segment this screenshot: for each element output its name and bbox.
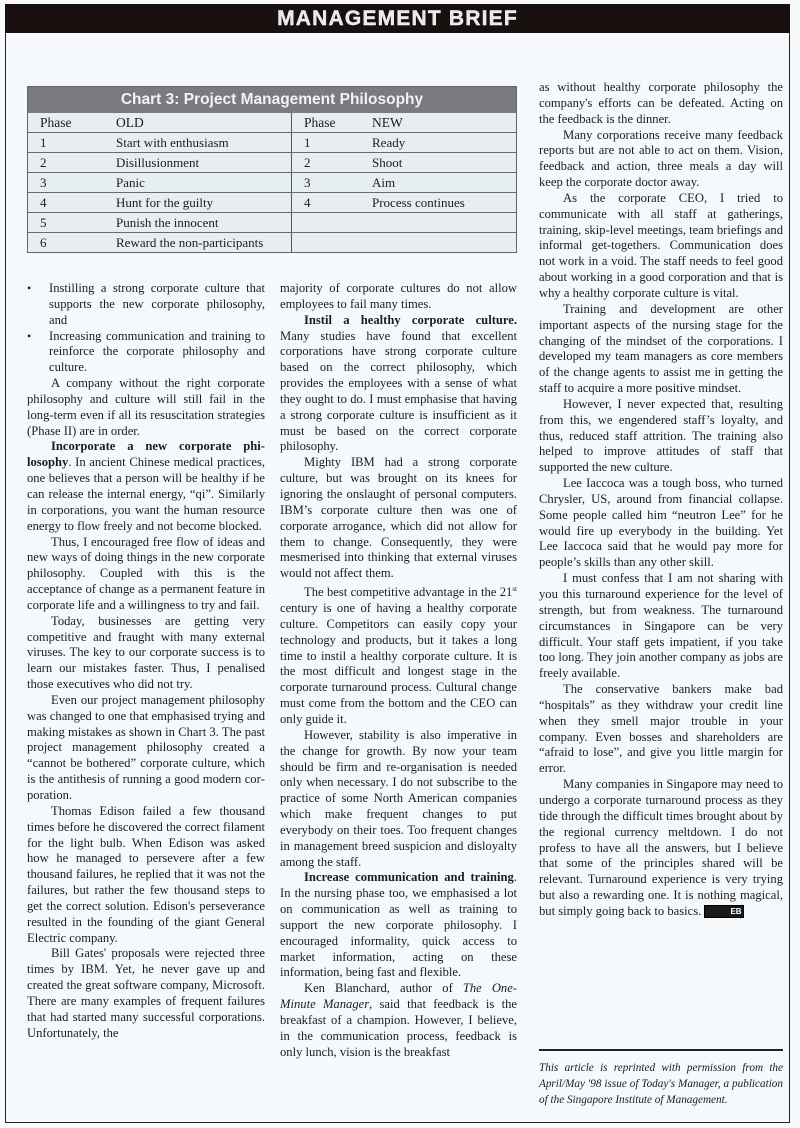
cell-old: Disillusionment: [104, 153, 292, 173]
article-column-1: • Instilling a strong corporate culture …: [27, 281, 265, 1042]
paragraph: A company without the right corpo­rate p…: [27, 376, 265, 439]
bullet-text: Instilling a strong corporate culture th…: [49, 281, 265, 329]
paragraph: Mighty IBM had a strong corporate cultur…: [280, 455, 517, 582]
cell-new: [360, 233, 516, 253]
divider: [539, 1049, 783, 1051]
paragraph: Incorporate a new corporate phi­losophy.…: [27, 439, 265, 534]
cell-phase-old: 6: [28, 233, 104, 253]
cell-old: Start with enthusiasm: [104, 133, 292, 153]
section-banner: MANAGEMENT BRIEF: [5, 4, 790, 33]
cell-new: Shoot: [360, 153, 516, 173]
paragraph: The conservative bankers make bad “hospi…: [539, 682, 783, 777]
cell-phase-new: [292, 213, 361, 233]
bullet-item: • Instilling a strong corporate culture …: [27, 281, 265, 329]
cell-phase-new: 3: [292, 173, 361, 193]
cell-phase-old: 5: [28, 213, 104, 233]
table-row: 6 Reward the non-participants: [28, 233, 516, 253]
paragraph: Lee Iaccoca was a tough boss, who turned…: [539, 476, 783, 571]
philosophy-table: Phase OLD Phase NEW 1 Start with enthusi…: [28, 113, 516, 252]
cell-phase-new: 1: [292, 133, 361, 153]
table-row: 5 Punish the innocent: [28, 213, 516, 233]
reprint-credit: This article is reprinted with permissio…: [539, 1060, 783, 1108]
bullet-icon: •: [27, 329, 49, 377]
article-column-3: as without healthy corporate philosophy …: [539, 80, 783, 920]
paragraph: However, I never expected that, re­sulti…: [539, 397, 783, 476]
table-header-row: Phase OLD Phase NEW: [28, 113, 516, 133]
bullet-icon: •: [27, 281, 49, 329]
cell-new: Process continues: [360, 193, 516, 213]
header-phase-new: Phase: [292, 113, 361, 133]
section-title: MANAGEMENT BRIEF: [277, 7, 518, 31]
cell-old: Reward the non-participants: [104, 233, 292, 253]
cell-phase-old: 3: [28, 173, 104, 193]
paragraph: However, stability is also imperative in…: [280, 728, 517, 871]
chart-table: Chart 3: Project Management Philosophy P…: [27, 86, 517, 253]
cell-phase-old: 2: [28, 153, 104, 173]
cell-phase-old: 1: [28, 133, 104, 153]
cell-old: Punish the innocent: [104, 213, 292, 233]
cell-new: [360, 213, 516, 233]
header-new: NEW: [360, 113, 516, 133]
paragraph: Many companies in Singapore may need to …: [539, 777, 783, 920]
cell-phase-old: 4: [28, 193, 104, 213]
paragraph: majority of corporate cultures do not al…: [280, 281, 517, 313]
paragraph: Ken Blanchard, author of The One-Minute …: [280, 981, 517, 1060]
table-row: 2 Disillusionment 2 Shoot: [28, 153, 516, 173]
paragraph: As the corporate CEO, I tried to communi…: [539, 191, 783, 302]
paragraph: Thomas Edison failed a few thousand time…: [27, 804, 265, 947]
header-phase-old: Phase: [28, 113, 104, 133]
chart-title: Chart 3: Project Management Philosophy: [28, 87, 516, 113]
paragraph: Thus, I encouraged free flow of ideas an…: [27, 535, 265, 614]
article-column-2: majority of corporate cultures do not al…: [280, 281, 517, 1061]
bullet-text: Increasing communication and train­ing t…: [49, 329, 265, 377]
paragraph: Today, businesses are getting very compe…: [27, 614, 265, 693]
cell-old: Hunt for the guilty: [104, 193, 292, 213]
cell-old: Panic: [104, 173, 292, 193]
table-row: 3 Panic 3 Aim: [28, 173, 516, 193]
subheading: Instil a healthy corporate culture.: [304, 313, 517, 327]
paragraph: The best competitive advantage in the 21…: [280, 582, 517, 728]
table-row: 1 Start with enthusiasm 1 Ready: [28, 133, 516, 153]
cell-phase-new: [292, 233, 361, 253]
end-mark-icon: EB: [704, 905, 743, 918]
cell-phase-new: 2: [292, 153, 361, 173]
subheading: Increase communication and train­ing: [304, 870, 514, 884]
header-old: OLD: [104, 113, 292, 133]
cell-new: Ready: [360, 133, 516, 153]
bullet-item: • Increasing communication and train­ing…: [27, 329, 265, 377]
cell-new: Aim: [360, 173, 516, 193]
paragraph: as without healthy corporate philosophy …: [539, 80, 783, 128]
paragraph: Training and development are other impor…: [539, 302, 783, 397]
paragraph: Increase communication and train­ing. In…: [280, 870, 517, 981]
cell-phase-new: 4: [292, 193, 361, 213]
paragraph: Instil a healthy corporate culture. Many…: [280, 313, 517, 456]
table-row: 4 Hunt for the guilty 4 Process continue…: [28, 193, 516, 213]
paragraph: Even our project management phi­losophy …: [27, 693, 265, 804]
paragraph: Bill Gates' proposals were rejected thre…: [27, 946, 265, 1041]
paragraph: Many corporations receive many feedback …: [539, 128, 783, 191]
paragraph: I must confess that I am not sharing wit…: [539, 571, 783, 682]
